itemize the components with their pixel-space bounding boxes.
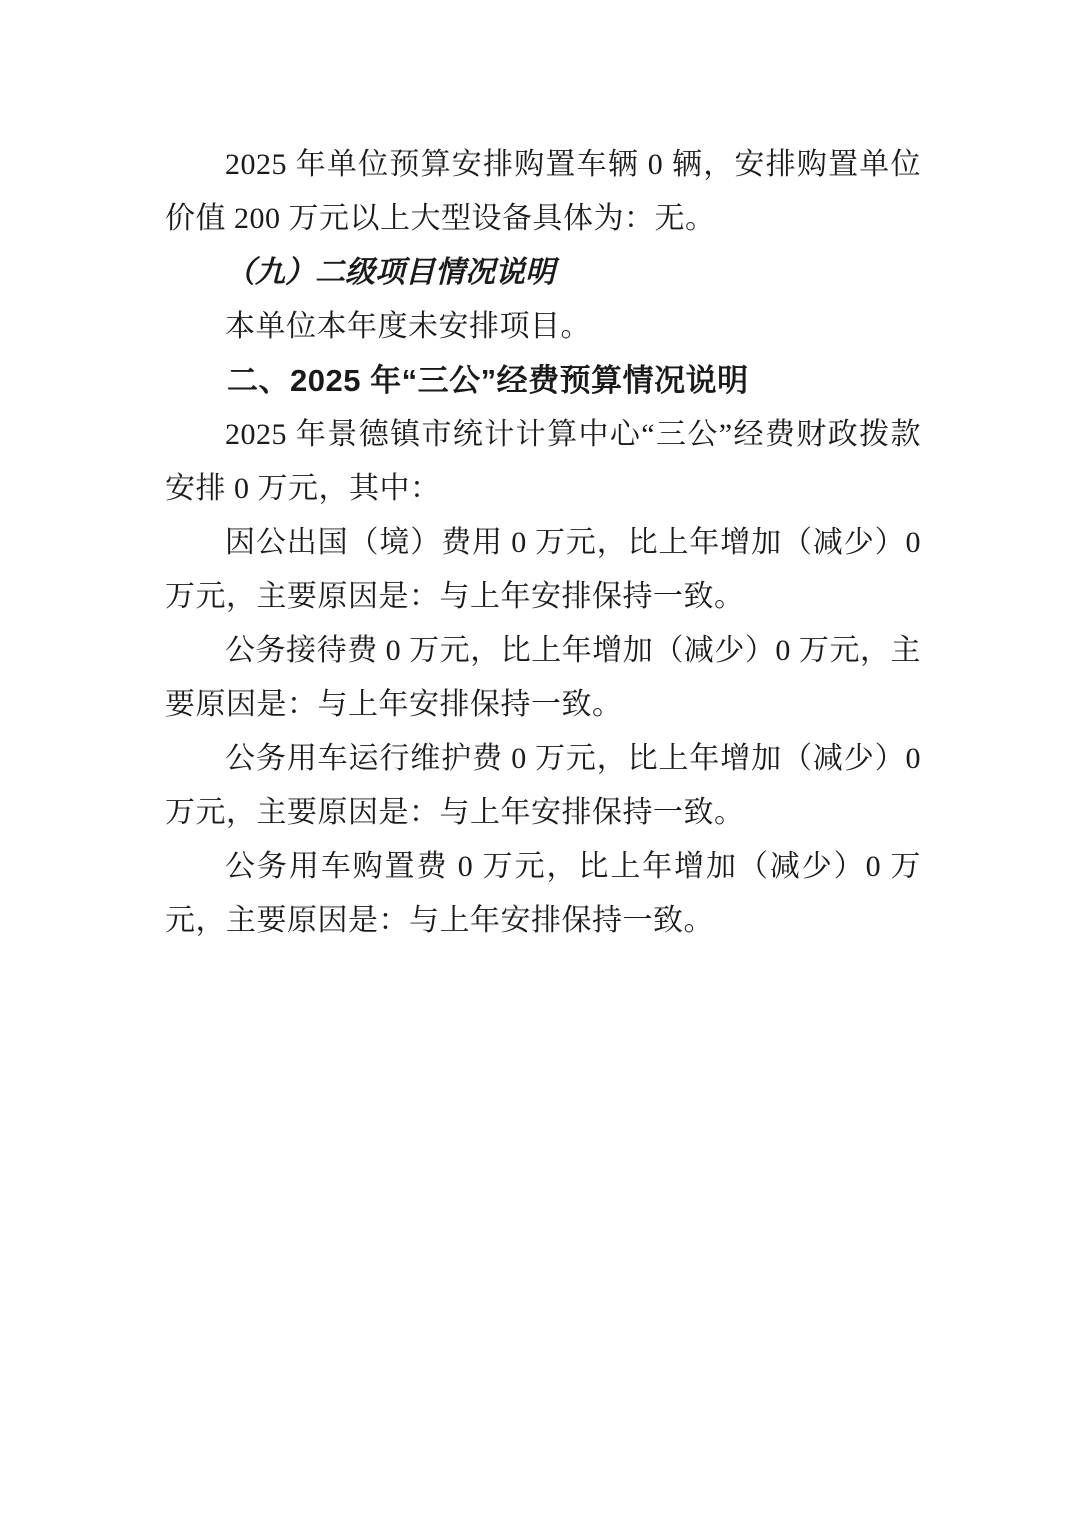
para-vehicle-purchase-expense: 公务用车购置费 0 万元，比上年增加（减少）0 万元，主要原因是：与上年安排保持… (165, 840, 921, 948)
para-official-reception-expense: 公务接待费 0 万元，比上年增加（减少）0 万元，主要原因是：与上年安排保持一致… (165, 624, 921, 732)
heading-three-public-funds-budget: 二、2025 年“三公”经费预算情况说明 (165, 354, 921, 408)
heading-section-9-secondary-projects: （九）二级项目情况说明 (165, 246, 921, 300)
document-page: 2025 年单位预算安排购置车辆 0 辆，安排购置单位价值 200 万元以上大型… (0, 0, 1074, 1520)
para-three-public-total: 2025 年景德镇市统计计算中心“三公”经费财政拨款安排 0 万元，其中： (165, 408, 921, 516)
para-no-projects-arranged: 本单位本年度未安排项目。 (165, 300, 921, 354)
para-vehicle-equipment-budget: 2025 年单位预算安排购置车辆 0 辆，安排购置单位价值 200 万元以上大型… (165, 138, 921, 246)
para-vehicle-operation-expense: 公务用车运行维护费 0 万元，比上年增加（减少）0 万元，主要原因是：与上年安排… (165, 732, 921, 840)
document-content: 2025 年单位预算安排购置车辆 0 辆，安排购置单位价值 200 万元以上大型… (165, 138, 921, 948)
para-overseas-trips-expense: 因公出国（境）费用 0 万元，比上年增加（减少）0 万元，主要原因是：与上年安排… (165, 516, 921, 624)
